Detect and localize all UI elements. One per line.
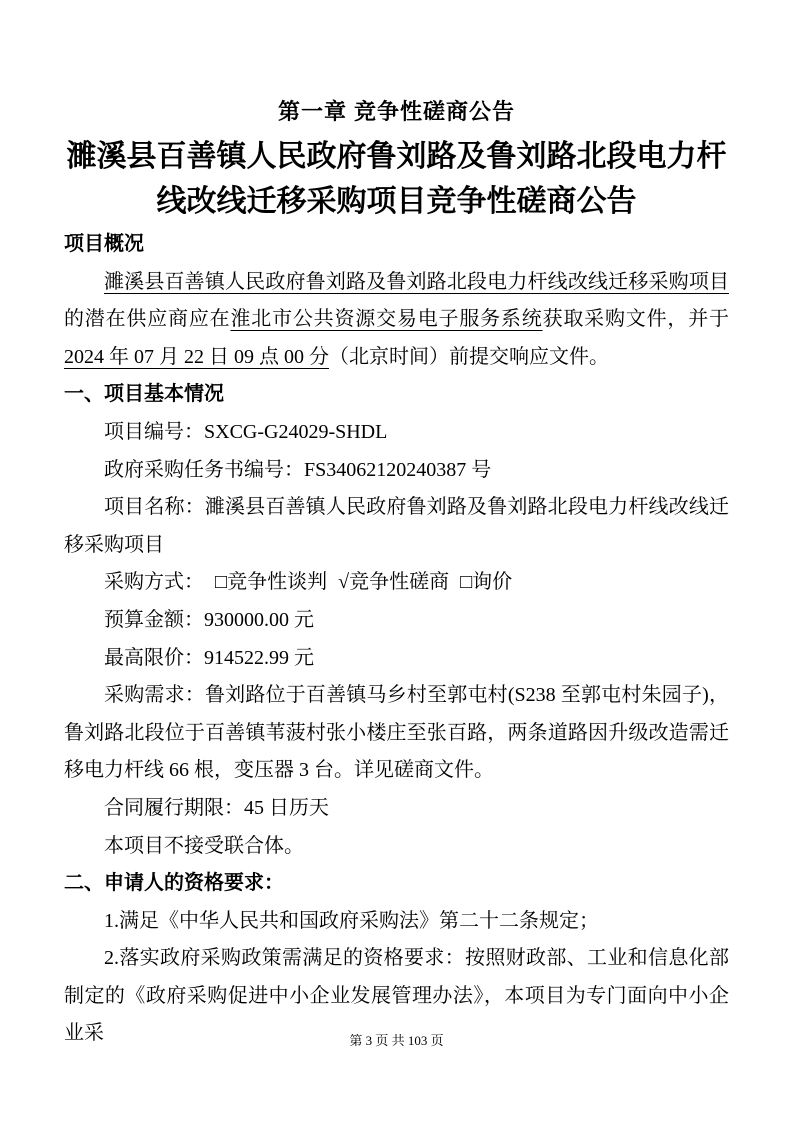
method-option-inquiry-label: 询价 <box>472 571 512 593</box>
paragraph-project-no: 项目编号：SXCG-G24029-SHDL <box>64 414 729 452</box>
paragraph-qualification-1: 1.满足《中华人民共和国政府采购法》第二十二条规定； <box>64 903 729 941</box>
paragraph-task-no: 政府采购任务书编号：FS34062120240387 号 <box>64 452 729 490</box>
document-body: 项目概况 濉溪县百善镇人民政府鲁刘路及鲁刘路北段电力杆线改线迁移采购项目的潜在供… <box>64 226 729 1053</box>
page-number-indicator: 第 3 页 共 103 页 <box>0 1030 793 1049</box>
overview-deadline: 2024 年 07 月 22 日 09 点 00 分 <box>64 346 329 368</box>
paragraph-procurement-method: 采购方式：□竞争性谈判√竞争性磋商□询价 <box>64 564 729 602</box>
overview-text-2: 获取采购文件，并于 <box>543 308 729 330</box>
method-option-consultation-label: 竞争性磋商 <box>349 571 449 593</box>
checkbox-unchecked-icon: □ <box>215 571 227 593</box>
paragraph-requirement: 采购需求：鲁刘路位于百善镇马乡村至郭屯村(S238 至郭屯村朱园子)，鲁刘路北段… <box>64 677 729 790</box>
paragraph-no-consortium: 本项目不接受联合体。 <box>64 828 729 866</box>
method-option-negotiation-label: 竞争性谈判 <box>227 571 327 593</box>
procurement-method-label: 采购方式： <box>104 571 204 593</box>
section-qualification-heading: 二、申请人的资格要求： <box>64 865 729 903</box>
method-option-inquiry: □询价 <box>460 571 512 593</box>
method-option-negotiation: □竞争性谈判 <box>215 571 327 593</box>
overview-text-3: （北京时间）前提交响应文件。 <box>329 346 609 368</box>
overview-platform-name: 淮北市公共资源交易电子服务系统 <box>230 308 542 330</box>
section-basic-heading: 一、项目基本情况 <box>64 376 729 414</box>
paragraph-max-price: 最高限价：914522.99 元 <box>64 640 729 678</box>
overview-text-1: 的潜在供应商应在 <box>64 308 230 330</box>
overview-project-name: 濉溪县百善镇人民政府鲁刘路及鲁刘路北段电力杆线改线迁移采购项目 <box>104 271 729 293</box>
chapter-title: 第一章 竞争性磋商公告 <box>64 96 729 128</box>
paragraph-contract-period: 合同履行期限：45 日历天 <box>64 790 729 828</box>
document-page: 第一章 竞争性磋商公告 濉溪县百善镇人民政府鲁刘路及鲁刘路北段电力杆线改线迁移采… <box>0 0 793 1123</box>
checkmark-icon: √ <box>338 571 349 593</box>
overview-paragraph: 濉溪县百善镇人民政府鲁刘路及鲁刘路北段电力杆线改线迁移采购项目的潜在供应商应在淮… <box>64 264 729 377</box>
method-option-consultation: √竞争性磋商 <box>338 571 449 593</box>
paragraph-project-name: 项目名称：濉溪县百善镇人民政府鲁刘路及鲁刘路北段电力杆线改线迁移采购项目 <box>64 489 729 564</box>
announcement-title: 濉溪县百善镇人民政府鲁刘路及鲁刘路北段电力杆线改线迁移采购项目竞争性磋商公告 <box>64 134 729 224</box>
checkbox-unchecked-icon: □ <box>460 571 472 593</box>
paragraph-budget: 预算金额：930000.00 元 <box>64 602 729 640</box>
overview-heading: 项目概况 <box>64 226 729 264</box>
